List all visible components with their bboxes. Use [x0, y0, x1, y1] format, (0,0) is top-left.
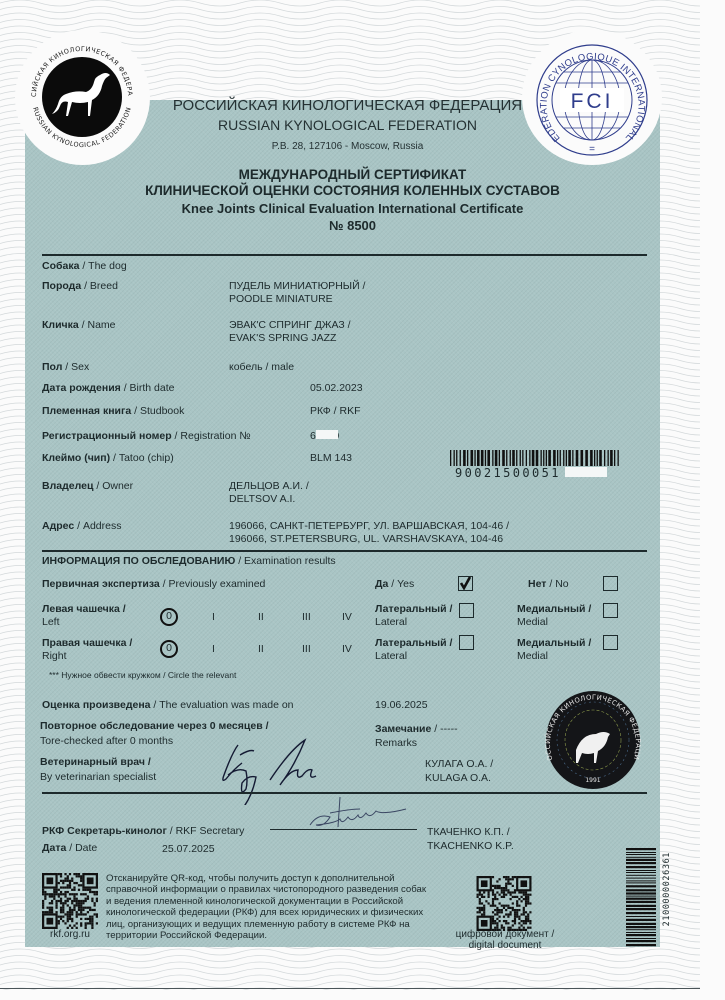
qr-note-line: Отсканируйте QR-код, чтобы получить дост… [106, 873, 426, 884]
left-medial-checkbox[interactable] [603, 603, 618, 618]
secretary-date: 25.07.2025 [162, 843, 215, 855]
secretary-label: РКФ Секретарь-кинолог / RKF Secretary [42, 825, 244, 837]
field-value: РКФ / RKF [310, 405, 361, 418]
qr-note-line: кинологической федерации (РКФ) для всех … [106, 907, 426, 918]
grade-option[interactable]: III [302, 643, 311, 655]
qr-note-line: и ведения племенной кинологической докум… [106, 896, 426, 907]
rkf-hologram-seal: РОССИЙСКАЯ КИНОЛОГИЧЕСКАЯ ФЕДЕРАЦИЯ 1991 [538, 688, 648, 793]
field-value: ПУДЕЛЬ МИНИАТЮРНЫЙ /POODLE MINIATURE [229, 280, 365, 306]
no-checkbox[interactable] [603, 576, 618, 591]
field-value: ДЕЛЬЦОВ А.И. /DELTSOV A.I. [229, 480, 309, 506]
certificate-number: № 8500 [80, 218, 625, 233]
grade-option[interactable]: IV [342, 643, 352, 655]
digital-document-label: цифровой документ /digital document [440, 929, 570, 951]
grade-option[interactable]: II [258, 611, 264, 623]
org-address: P.B. 28, 127106 - Moscow, Russia [150, 141, 545, 152]
redaction [316, 430, 338, 439]
section-exam: ИНФОРМАЦИЯ ПО ОБСЛЕДОВАНИЮ / Examination… [42, 555, 336, 567]
svg-text:FCI: FCI [571, 90, 614, 113]
qr-note-line: справочной информации о правилах чистопо… [106, 884, 426, 895]
serial-barcode-number: 2100000026361 [662, 852, 672, 926]
left-medial-label: Медиальный /Medial [517, 603, 591, 629]
circle-note: *** Нужное обвести кружком / Circle the … [49, 670, 236, 680]
secretary-name: ТКАЧЕНКО К.П. /TKACHENKO K.P. [427, 825, 514, 853]
grade-option[interactable]: 0 [160, 608, 178, 626]
field-value: ЭВАК'С СПРИНГ ДЖАЗ /EVAK'S SPRING JAZZ [229, 319, 351, 345]
org-name-en: RUSSIAN KYNOLOGICAL FEDERATION [150, 117, 545, 133]
grade-option[interactable]: II [258, 643, 264, 655]
evaluation-made-label: Оценка произведена / The evaluation was … [42, 699, 294, 711]
left-lateral-label: Латеральный /Lateral [375, 603, 452, 629]
svg-text:=: = [589, 144, 595, 155]
svg-text:1991: 1991 [585, 777, 600, 784]
qr-note: Отсканируйте QR-код, чтобы получить дост… [106, 873, 426, 941]
chip-barcode-number: 90021500051 [455, 466, 561, 480]
title-en: Knee Joints Clinical Evaluation Internat… [80, 201, 625, 216]
divider [42, 792, 647, 794]
grade-option[interactable]: IV [342, 611, 352, 623]
field-label: Кличка / Name [42, 319, 116, 331]
field-label: Клеймо (чип) / Tatoo (chip) [42, 452, 174, 464]
title-ru-2: КЛИНИЧЕСКОЙ ОЦЕНКИ СОСТОЯНИЯ КОЛЕННЫХ СУ… [80, 183, 625, 198]
rkf-logo: РОССИЙСКАЯ КИНОЛОГИЧЕСКАЯ ФЕДЕРАЦИЯ RUSS… [20, 35, 145, 160]
left-knee-label: Левая чашечка /Left [42, 603, 126, 629]
org-name-ru: РОССИЙСКАЯ КИНОЛОГИЧЕСКАЯ ФЕДЕРАЦИЯ [150, 97, 545, 114]
field-label: Племенная книга / Studbook [42, 405, 184, 417]
yes-label: Да / Yes [375, 578, 414, 590]
vet-name: КУЛАГА О.А. /KULAGA O.A. [425, 757, 493, 785]
qr-code-rkf[interactable] [42, 873, 98, 929]
date-label: Дата / Date [42, 842, 97, 854]
field-label: Владелец / Owner [42, 480, 133, 492]
section-dog: Собака / The dog [42, 260, 127, 272]
field-label: Регистрационный номер / Registration № [42, 430, 251, 442]
grade-option[interactable]: I [212, 643, 215, 655]
no-label: Нет / No [528, 578, 569, 590]
right-lateral-checkbox[interactable] [459, 635, 474, 650]
qr-note-line: территории Российской Федерации. [106, 930, 426, 941]
grade-option[interactable]: I [212, 611, 215, 623]
serial-barcode [626, 848, 658, 948]
field-label: Дата рождения / Birth date [42, 382, 174, 394]
qr-code-digital[interactable] [475, 876, 533, 931]
previously-examined-label: Первичная экспертиза / Previously examin… [42, 578, 265, 590]
grade-option[interactable]: 0 [160, 640, 178, 658]
remarks-label: Замечание / -----Remarks [375, 722, 458, 750]
field-value: BLM 143 [310, 452, 352, 465]
title-ru-1: МЕЖДУНАРОДНЫЙ СЕРТИФИКАТ [80, 167, 625, 182]
qr-note-line: лиц, организующих и ведущих племенную ра… [106, 919, 426, 930]
fci-logo: FCI FEDERATION CYNOLOGIQUE INTERNATIONAL… [530, 38, 655, 163]
right-lateral-label: Латеральный /Lateral [375, 637, 452, 663]
check-icon [459, 577, 472, 590]
right-medial-checkbox[interactable] [603, 635, 618, 650]
redaction [565, 467, 607, 477]
evaluation-date: 19.06.2025 [375, 699, 428, 711]
yes-checkbox[interactable] [458, 576, 473, 591]
grade-option[interactable]: III [302, 611, 311, 623]
right-knee-label: Правая чашечка /Right [42, 637, 132, 663]
field-value: 196066, САНКТ-ПЕТЕРБУРГ, УЛ. ВАРШАВСКАЯ,… [229, 520, 509, 546]
signature-line [270, 829, 417, 830]
right-medial-label: Медиальный /Medial [517, 637, 591, 663]
left-lateral-checkbox[interactable] [459, 603, 474, 618]
divider [42, 550, 647, 552]
divider [42, 254, 647, 256]
field-value: 05.02.2023 [310, 382, 363, 395]
field-label: Адрес / Address [42, 520, 121, 532]
field-label: Пол / Sex [42, 361, 89, 373]
field-label: Порода / Breed [42, 280, 118, 292]
rkf-site-link[interactable]: rkf.org.ru [38, 929, 102, 940]
page-edge [0, 988, 700, 989]
vet-label: Ветеринарный врач /By veterinarian speci… [40, 755, 156, 785]
field-value: кобель / male [229, 361, 294, 374]
